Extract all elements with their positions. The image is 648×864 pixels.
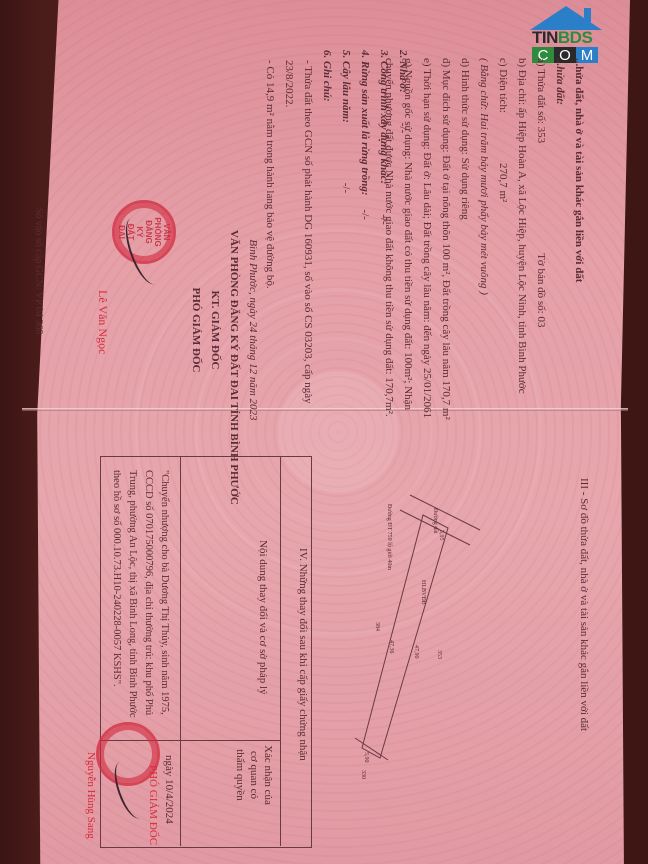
parcel-number-line: a) Thửa đất số: 353Tờ bản đồ số: 03 xyxy=(531,58,550,420)
svg-text:47,90: 47,90 xyxy=(413,645,419,659)
item-other-works: 3. Công trình xây dựng khác:-/- xyxy=(374,50,393,404)
section-iii-title: III - Sơ đồ thửa đất, nhà ở và tài sản k… xyxy=(574,478,593,731)
table-header-divider xyxy=(280,456,281,846)
area-line: c) Diện tích:270,7 m² xyxy=(493,58,512,420)
usage-form-line: d) Hình thức sử dụng: Sử dụng riêng xyxy=(455,58,474,420)
items-list: 2. Nhà ở:-/- 3. Công trình xây dựng khác… xyxy=(260,50,412,404)
col-header-content: Nội dung thay đổi và cơ sở pháp lý xyxy=(253,540,272,695)
area-words-line: ( Bằng chữ: Hai trăm bảy mươi phẩy bảy m… xyxy=(474,58,493,420)
usage-purpose-line: đ) Mục đích sử dụng: Đất ở tại nông thôn… xyxy=(436,58,455,420)
section-header: ...hửa đất, nhà ở và tài sản khác gắn li… xyxy=(569,58,588,420)
svg-text:330: 330 xyxy=(360,770,366,779)
table-row-divider xyxy=(180,456,181,846)
note-line-3: - Có 14,9 m² nằm trong hành lang bảo vệ … xyxy=(260,50,279,404)
item-house: 2. Nhà ở:-/- xyxy=(393,50,412,404)
svg-text:384: 384 xyxy=(374,622,380,631)
item-notes: 6. Ghi chú: xyxy=(317,50,336,404)
item-perennial: 5. Cây lâu năm:-/- xyxy=(336,50,355,404)
svg-text:5,95: 5,95 xyxy=(438,530,444,541)
svg-text:353: 353 xyxy=(436,650,442,659)
chimney-icon xyxy=(584,8,591,22)
svg-text:Đường ĐT 759 lộ giới 40m: Đường ĐT 759 lộ giới 40m xyxy=(386,504,392,570)
confirm-title: PHÓ GIÁM ĐỐC xyxy=(143,765,162,845)
sign-kt: KT. GIÁM ĐỐC xyxy=(205,230,224,430)
usage-term-line: e) Thời hạn sử dụng: Đất ở: Lâu dài; Đất… xyxy=(417,58,436,420)
svg-text:47,36: 47,36 xyxy=(388,640,394,654)
svg-text:Đường đất: Đường đất xyxy=(432,508,439,534)
sign-office: VĂN PHÒNG ĐĂNG KÝ ĐẤT ĐAI TỈNH BÌNH PHƯỚ… xyxy=(224,230,243,430)
logo-text-bds: BDS xyxy=(558,28,592,47)
sign-date: Bình Phước, ngày 24 tháng 12 năm 2023 xyxy=(243,230,262,430)
section-subheader: ...hửa đất: xyxy=(550,58,569,420)
note-line-1: - Thửa đất theo GCN số phát hành DG 1609… xyxy=(298,50,317,404)
col-header-confirm: Xác nhận của cơ quan có thẩm quyền xyxy=(233,745,275,805)
tinbds-logo: TINBDS C O M xyxy=(520,6,610,64)
address-line: b) Địa chỉ: ấp Hiệp Hoàn A, xã Lộc Hiệp,… xyxy=(512,58,531,420)
logo-text-tin: TIN xyxy=(532,28,558,47)
parcel-map: Đường đất Đường ĐT 759 lộ giới 40m 5,95 … xyxy=(330,490,530,790)
signature-block: Bình Phước, ngày 24 tháng 12 năm 2023 VĂ… xyxy=(186,230,262,430)
house-roof-icon xyxy=(530,6,602,30)
section-iv-title: IV. Những thay đổi sau khi cấp giấy chứn… xyxy=(293,548,312,761)
signer-name-right: Nguyễn Hùng Sang xyxy=(81,752,100,839)
svg-text:5,90: 5,90 xyxy=(363,752,369,763)
registry-number: Số vào sổ cấp GCN: VP 04 368 xyxy=(29,208,48,334)
sign-title: PHÓ GIÁM ĐỐC xyxy=(186,230,205,430)
item-forest: 4. Rừng sản xuất là rừng trồng:-/- xyxy=(355,50,374,404)
note-line-2: 23/8/2022. xyxy=(279,50,298,404)
change-entry: "Chuyển nhượng cho bà Dương Thị Thủy, si… xyxy=(108,470,172,718)
signer-name-left: Lê Văn Ngọc xyxy=(93,290,112,354)
parcel-outline xyxy=(362,515,448,758)
svg-text:HLBVĐB: HLBVĐB xyxy=(420,580,426,605)
